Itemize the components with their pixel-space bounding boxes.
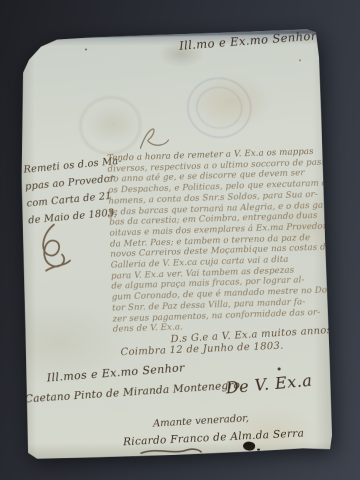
courtesy-formula: De V. Ex.a — [225, 371, 313, 398]
signature-flourish-icon — [139, 441, 203, 460]
scanned-letter-photo: Ill.mo e Ex.mo Senhor Remeti os d.os Ma-… — [0, 0, 360, 480]
ink-bleed-through-mark — [75, 91, 146, 159]
address-salutation: Ill.mos e Ex.mo Senhor — [46, 361, 185, 384]
circular-seal-stamp — [184, 74, 255, 142]
ink-speck — [85, 48, 87, 50]
ink-speck — [278, 367, 281, 370]
ink-speck — [299, 59, 301, 61]
dateline: Coimbra 12 de Junho de 1803. — [120, 341, 283, 359]
letter-body: Tendo a honra de remeter a V. Ex.a os ma… — [107, 146, 347, 336]
ink-blot — [242, 440, 256, 452]
valediction: Amante venerador, — [153, 413, 250, 430]
margin-rubric-icon — [34, 221, 76, 283]
paper-sheet: Ill.mo e Ex.mo Senhor Remeti os d.os Ma-… — [19, 27, 333, 465]
paper-surface: Ill.mo e Ex.mo Senhor Remeti os d.os Ma-… — [19, 27, 333, 465]
ink-speck — [257, 449, 260, 451]
